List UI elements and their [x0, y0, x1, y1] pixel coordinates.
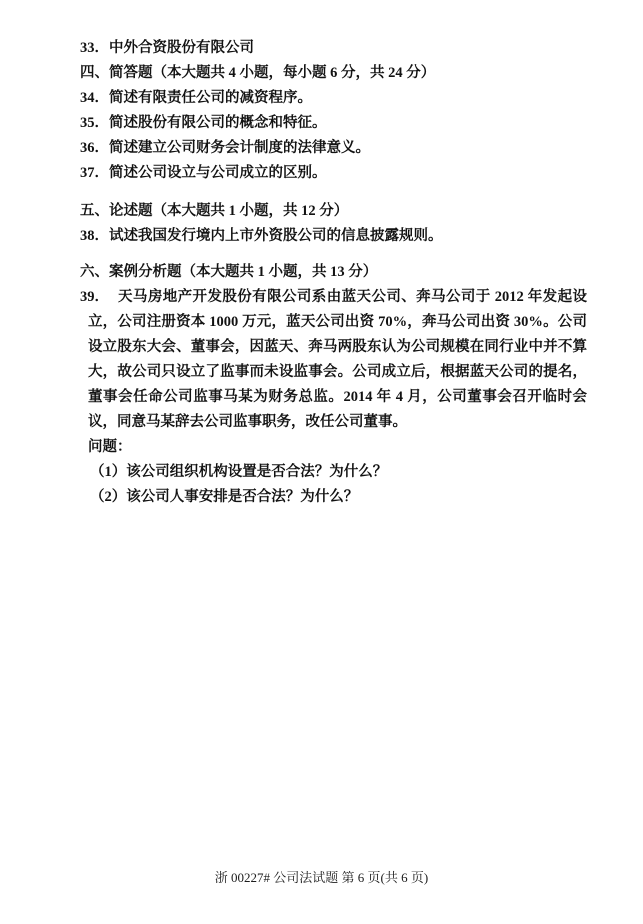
question-39-body: 天马房地产开发股份有限公司系由蓝天公司、奔马公司于 2012 年发起设立，公司注… — [88, 285, 587, 435]
section-5-heading: 五、论述题（本大题共 1 小题，共 12 分） — [80, 199, 587, 224]
section-5-title: 论述题（本大题共 1 小题，共 12 分） — [109, 203, 348, 219]
question-34-number: 34． — [80, 90, 109, 106]
question-34: 34．简述有限责任公司的减资程序。 — [80, 86, 587, 111]
section-6-heading: 六、案例分析题（本大题共 1 小题，共 13 分） — [80, 260, 587, 285]
question-35-text: 简述股份有限公司的概念和特征。 — [109, 115, 327, 131]
question-36-number: 36． — [80, 140, 109, 156]
page-footer: 浙 00227# 公司法试题 第 6 页(共 6 页) — [0, 867, 643, 886]
question-33-text: 中外合资股份有限公司 — [109, 40, 254, 56]
question-35: 35．简述股份有限公司的概念和特征。 — [80, 111, 587, 136]
question-38: 38．试述我国发行境内上市外资股公司的信息披露规则。 — [80, 224, 587, 249]
question-38-number: 38． — [80, 228, 109, 244]
section-5-number: 五、 — [80, 203, 109, 219]
question-33: 33．中外合资股份有限公司 — [80, 36, 587, 61]
question-33-number: 33． — [80, 40, 109, 56]
question-34-text: 简述有限责任公司的减资程序。 — [109, 90, 312, 106]
case-question-39: 39． 天马房地产开发股份有限公司系由蓝天公司、奔马公司于 2012 年发起设立… — [80, 285, 587, 435]
section-4-heading: 四、简答题（本大题共 4 小题，每小题 6 分，共 24 分） — [80, 61, 587, 86]
question-37-number: 37． — [80, 165, 109, 181]
section-6-title: 案例分析题（本大题共 1 小题，共 13 分） — [109, 264, 377, 280]
question-39-sub-2: （2）该公司人事安排是否合法？为什么？ — [80, 485, 587, 510]
question-39-prompt: 问题： — [80, 435, 587, 460]
question-37-text: 简述公司设立与公司成立的区别。 — [109, 165, 327, 181]
exam-page: 33．中外合资股份有限公司 四、简答题（本大题共 4 小题，每小题 6 分，共 … — [0, 0, 643, 924]
question-39-number: 39． — [80, 285, 109, 310]
question-37: 37．简述公司设立与公司成立的区别。 — [80, 161, 587, 186]
question-39-sub-1: （1）该公司组织机构设置是否合法？为什么？ — [80, 460, 587, 485]
section-4-title: 简答题（本大题共 4 小题，每小题 6 分，共 24 分） — [109, 65, 435, 81]
question-38-text: 试述我国发行境内上市外资股公司的信息披露规则。 — [109, 228, 443, 244]
question-36: 36．简述建立公司财务会计制度的法律意义。 — [80, 136, 587, 161]
exam-body: 33．中外合资股份有限公司 四、简答题（本大题共 4 小题，每小题 6 分，共 … — [0, 0, 643, 510]
question-35-number: 35． — [80, 115, 109, 131]
section-4-number: 四、 — [80, 65, 109, 81]
section-6-number: 六、 — [80, 264, 109, 280]
question-36-text: 简述建立公司财务会计制度的法律意义。 — [109, 140, 370, 156]
